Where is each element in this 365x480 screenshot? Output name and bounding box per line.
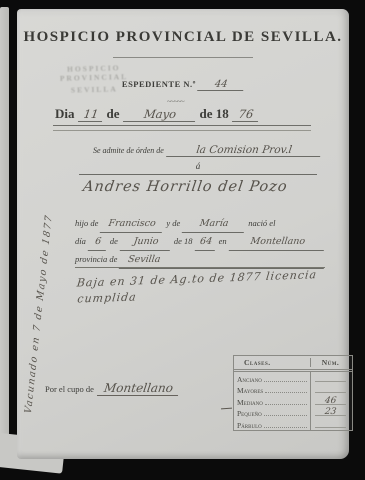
- num-value: 23: [310, 407, 350, 417]
- birth-year: 64: [194, 233, 217, 251]
- label-dia: día: [75, 233, 86, 250]
- page-title: HOSPICIO PROVINCIAL DE SEVILLA.: [17, 29, 349, 46]
- num-value: 46: [310, 396, 350, 406]
- label-de18: de 18: [174, 233, 193, 250]
- inmate-name: Andres Horrillo del Pozo: [82, 179, 289, 195]
- adjacent-page-edge: [0, 7, 9, 467]
- date-line: Dia 11 de Mayo de 18 76: [55, 106, 311, 122]
- form-page: HOSPICIO PROVINCIAL DE SEVILLA. HOSPICIO…: [17, 9, 349, 459]
- expediente-label: ESPEDIENTE N.º: [122, 79, 196, 89]
- admission-conjunction: á: [79, 161, 317, 175]
- table-row: Anciano: [234, 372, 352, 384]
- discharge-note-line2: cumplida: [77, 289, 138, 307]
- birth-line-date: día 6 de Junio de 18 64 en Montellano: [75, 233, 325, 251]
- vaccination-margin-note: Vacunado en 7 de Mayo de 1877: [23, 144, 62, 414]
- size-class-table: Clases. Núm. Anciano Mayores Mediano 46 …: [233, 355, 353, 431]
- table-row: Pequeño 23: [234, 407, 352, 419]
- table-row: Párbulo: [234, 418, 352, 430]
- date-de2: de 18: [200, 106, 229, 122]
- admission-authority: la Comision Prov.l: [166, 144, 322, 157]
- clase-label: Pequeño: [237, 409, 262, 418]
- date-day: 11: [77, 107, 103, 122]
- date-de1: de: [107, 106, 120, 122]
- expediente-line: ESPEDIENTE N.º 44: [17, 79, 349, 91]
- birth-paragraph: hijo de Francisco y de María nació el dí…: [75, 215, 325, 269]
- label-de: de: [110, 233, 118, 250]
- cupo-town: Montellano: [97, 381, 180, 396]
- cupo-line: Por el cupo de Montellano: [45, 381, 179, 396]
- table-row: Mediano 46: [234, 395, 352, 407]
- date-label: Dia: [55, 106, 75, 122]
- label-y-de: y de: [166, 215, 180, 232]
- cupo-label: Por el cupo de: [45, 384, 94, 394]
- expediente-number: 44: [197, 79, 245, 91]
- birth-month: Junio: [120, 233, 173, 251]
- label-en: en: [219, 233, 227, 250]
- label-hijo-de: hijo de: [75, 215, 98, 232]
- scanned-document: HOSPICIO PROVINCIAL DE SEVILLA. HOSPICIO…: [0, 0, 365, 480]
- table-header: Clases. Núm.: [234, 356, 352, 372]
- label-provincia-de: provincia de: [75, 251, 117, 268]
- header-clases: Clases.: [234, 358, 310, 367]
- clase-label: Mayores: [237, 386, 263, 395]
- clase-label: Anciano: [237, 375, 262, 384]
- mother-name: María: [182, 215, 247, 233]
- discharge-note-line1: Baja en 31 de Ag.to de 1877 licencia: [76, 267, 318, 291]
- date-double-rule: [53, 125, 311, 131]
- birth-day: 6: [88, 233, 109, 251]
- title-rule: [113, 55, 253, 59]
- birth-line-parents: hijo de Francisco y de María nació el: [75, 215, 325, 233]
- table-row: Mayores: [234, 384, 352, 396]
- date-year: 76: [232, 107, 260, 122]
- father-name: Francisco: [100, 215, 165, 233]
- birth-town: Montellano: [228, 233, 326, 251]
- admission-line: Se admite de órden de la Comision Prov.l: [93, 144, 321, 157]
- label-nacio-el: nació el: [248, 215, 275, 232]
- discharge-note: Baja en 31 de Ag.to de 1877 licencia cum…: [77, 266, 338, 307]
- admission-printed: Se admite de órden de: [93, 146, 164, 155]
- date-month: Mayo: [122, 107, 196, 122]
- header-num: Núm.: [310, 358, 350, 367]
- clase-label: Párbulo: [237, 421, 262, 430]
- clase-label: Mediano: [237, 398, 263, 407]
- ornament-squiggle: ~~~~~: [167, 97, 184, 106]
- margin-dash-mark: [221, 408, 232, 410]
